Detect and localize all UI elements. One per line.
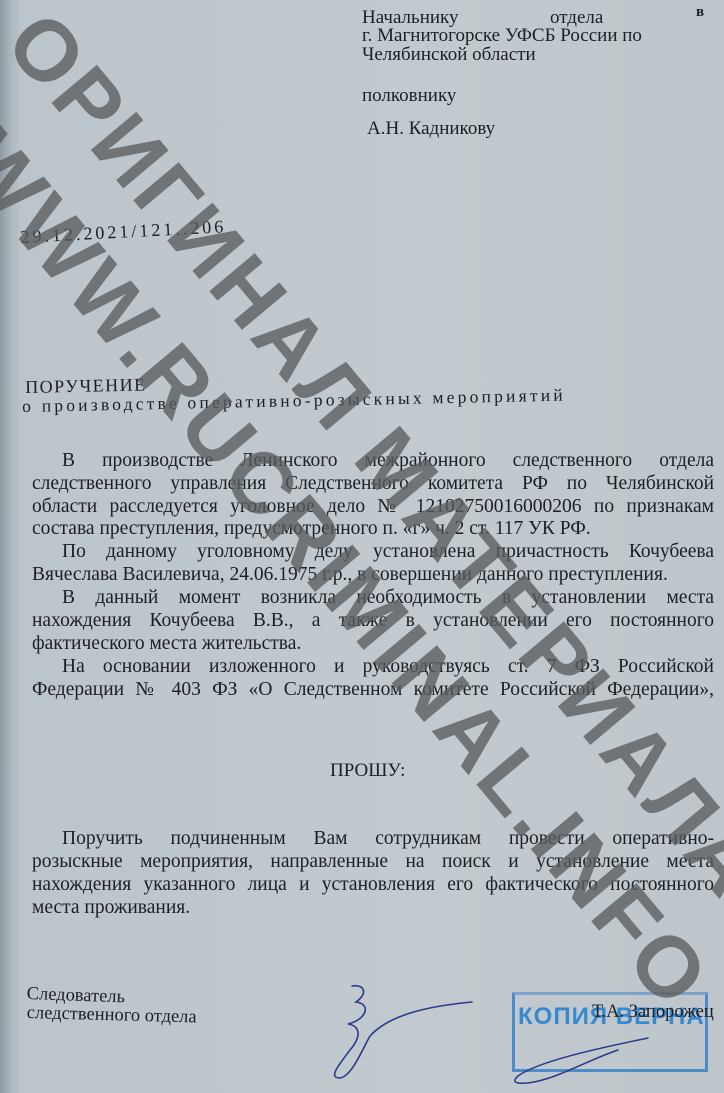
paragraph-line: области расследуется уголовное дело № 12… xyxy=(32,496,714,518)
request-heading: ПРОШУ: xyxy=(330,761,405,780)
paragraph-line: Поручить подчиненным Вам сотрудникам про… xyxy=(62,828,714,850)
paragraph-line: розыскные мероприятия, направленные на п… xyxy=(32,851,714,873)
paragraph-line: следственного управления Следственного к… xyxy=(32,473,714,495)
paragraph-line: В производстве Ленинского межрайонного с… xyxy=(62,450,714,472)
signer-position-line2: следственного отдела xyxy=(27,1004,197,1027)
paragraph-line: На основании изложенного и руководствуяс… xyxy=(62,656,714,678)
paragraph-line: состава преступления, предусмотренного п… xyxy=(32,518,714,540)
paragraph-line: нахождения Кочубеева В.В., а также в уст… xyxy=(32,610,714,632)
document-page: Начальнику отдела в г. Магнитогорске УФС… xyxy=(0,0,724,1093)
addressee-rank: полковнику xyxy=(362,86,456,105)
paragraph-line: Федерации № 403 ФЗ «О Следственном комит… xyxy=(32,679,714,701)
handwritten-signature-icon xyxy=(290,980,480,1090)
paragraph-line: фактического места жительства. xyxy=(32,633,714,655)
addressee-line3: Челябинской области xyxy=(362,45,536,64)
paragraph-line: нахождения указанного лица и установлени… xyxy=(32,874,714,896)
paragraph-line: По данному уголовному делу установлена п… xyxy=(62,541,714,563)
reference-number: 29.12.2021/121..206 xyxy=(20,217,227,246)
addressee-preposition: в xyxy=(696,5,704,20)
paragraph-line: места проживания. xyxy=(32,897,714,919)
paragraph-line: В данный момент возникла необходимость в… xyxy=(62,587,714,609)
addressee-name: А.Н. Кадникову xyxy=(367,119,495,138)
addressee-line2: г. Магнитогорске УФСБ России по xyxy=(362,26,642,45)
signer-name: Т.А. Запорожец xyxy=(592,1003,714,1022)
paragraph-line: Вячеслава Василевича, 24.06.1975 г.р., в… xyxy=(32,564,714,586)
